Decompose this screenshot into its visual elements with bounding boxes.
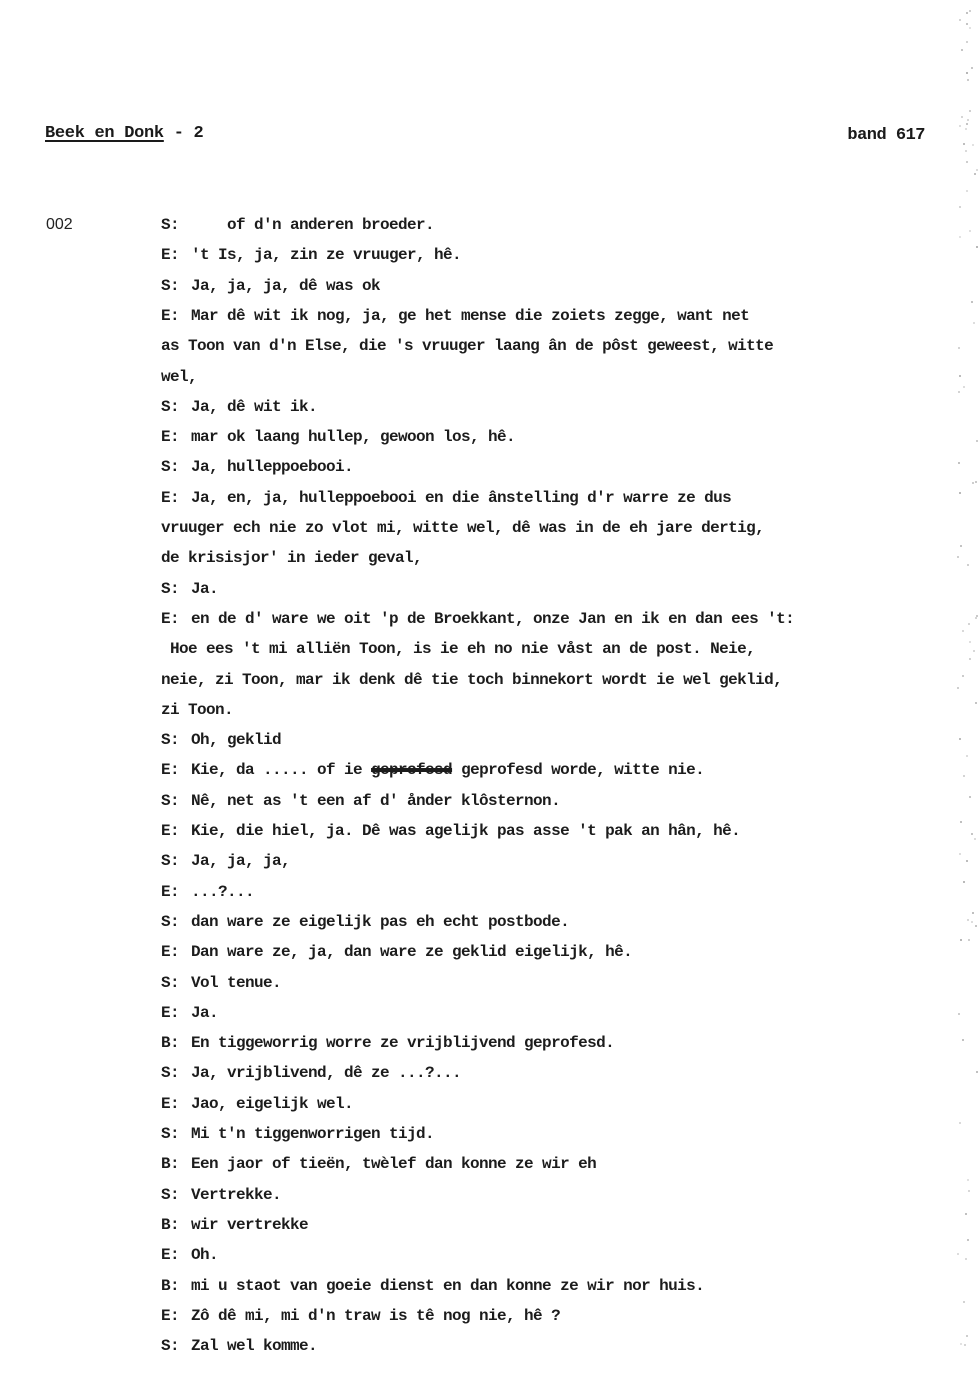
utterance-text: vruuger ech nie zo vlot mi, witte wel, d… xyxy=(161,519,764,537)
transcript-line: E:Kie, die hiel, ja. Dê was agelijk pas … xyxy=(161,821,740,841)
utterance-text: Ja, en, ja, hulleppoebooi en die ânstell… xyxy=(191,489,731,507)
transcript-line: S:Ja, vrijblivend, dê ze ...?... xyxy=(161,1063,461,1083)
utterance-text: en de d' ware we oit 'p de Broekkant, on… xyxy=(191,610,794,628)
transcript-line: B:En tiggeworrig worre ze vrijblijvend g… xyxy=(161,1033,614,1053)
transcript-continuation-line: Hoe ees 't mi alliën Toon, is ie eh no n… xyxy=(161,639,755,659)
utterance-text: ...?... xyxy=(191,883,254,901)
utterance-text: Dan ware ze, ja, dan ware ze geklid eige… xyxy=(191,943,632,961)
transcript-line: E:Mar dê wit ik nog, ja, ge het mense di… xyxy=(161,306,749,326)
utterance-text: wel, xyxy=(161,368,197,386)
transcript-continuation-line: de krisisjor' in ieder geval, xyxy=(161,548,422,568)
tape-counter: 002 xyxy=(46,216,73,234)
utterance-text: Nê, net as 't een af d' ånder klôsternon… xyxy=(191,792,560,810)
transcript-line: S:Mi t'n tiggenworrigen tijd. xyxy=(161,1124,434,1144)
transcript-line: B:wir vertrekke xyxy=(161,1215,308,1235)
transcript-line: E:Dan ware ze, ja, dan ware ze geklid ei… xyxy=(161,942,632,962)
utterance-text: mi u staot van goeie dienst en dan konne… xyxy=(191,1277,704,1295)
transcript-line: S:Ja, ja, ja, xyxy=(161,851,290,871)
transcript-line: E:Ja. xyxy=(161,1003,218,1023)
utterance-text: Zal wel komme. xyxy=(191,1337,317,1355)
transcript-continuation-line: neie, zi Toon, mar ik denk dê tie toch b… xyxy=(161,670,782,690)
utterance-text: neie, zi Toon, mar ik denk dê tie toch b… xyxy=(161,671,782,689)
utterance-text: Jao, eigelijk wel. xyxy=(191,1095,353,1113)
speaker-label: E: xyxy=(161,1094,191,1114)
speaker-label: S: xyxy=(161,1336,191,1356)
speaker-label: B: xyxy=(161,1033,191,1053)
utterance-text: Kie, da ..... of ie xyxy=(191,761,371,779)
utterance-text: Ja. xyxy=(191,580,218,598)
speaker-label: S: xyxy=(161,973,191,993)
speaker-label: S: xyxy=(161,215,191,235)
utterance-text: Vol tenue. xyxy=(191,974,281,992)
transcript-line: E:Kie, da ..... of ie geprofesd geprofes… xyxy=(161,760,704,780)
speaker-label: E: xyxy=(161,942,191,962)
transcript-line: E:Ja, en, ja, hulleppoebooi en die ânste… xyxy=(161,488,731,508)
place-name: Beek en Donk xyxy=(45,124,164,143)
speaker-label: E: xyxy=(161,760,191,780)
document-header-title: Beek en Donk - 2 xyxy=(45,124,203,143)
transcript-continuation-line: vruuger ech nie zo vlot mi, witte wel, d… xyxy=(161,518,764,538)
transcript-line: E:Jao, eigelijk wel. xyxy=(161,1094,353,1114)
transcript-line: E:Oh. xyxy=(161,1245,218,1265)
utterance-text: de krisisjor' in ieder geval, xyxy=(161,549,422,567)
tape-number: band 617 xyxy=(847,126,925,145)
transcript-line: S:Nê, net as 't een af d' ånder klôstern… xyxy=(161,791,560,811)
utterance-text: Mi t'n tiggenworrigen tijd. xyxy=(191,1125,434,1143)
typewritten-transcript-page: Beek en Donk - 2 band 617 002 S: of d'n … xyxy=(0,0,979,1398)
header-separator: - xyxy=(164,124,194,143)
speaker-label: B: xyxy=(161,1154,191,1174)
speaker-label: S: xyxy=(161,457,191,477)
transcript-line: S:Vol tenue. xyxy=(161,973,281,993)
utterance-text: 't Is, ja, zin ze vruuger, hê. xyxy=(191,246,461,264)
utterance-text: Een jaor of tieën, twèlef dan konne ze w… xyxy=(191,1155,596,1173)
speaker-label: S: xyxy=(161,1124,191,1144)
transcript-line: S:Ja. xyxy=(161,579,218,599)
utterance-text: of d'n anderen broeder. xyxy=(191,216,434,234)
transcript-continuation-line: zi Toon. xyxy=(161,700,233,720)
transcript-line: S:Ja, hulleppoebooi. xyxy=(161,457,353,477)
speaker-label: S: xyxy=(161,1063,191,1083)
speaker-label: E: xyxy=(161,609,191,629)
speaker-label: E: xyxy=(161,821,191,841)
speaker-label: S: xyxy=(161,276,191,296)
speaker-label: E: xyxy=(161,427,191,447)
transcript-line: B:mi u staot van goeie dienst en dan kon… xyxy=(161,1276,704,1296)
utterance-text: Vertrekke. xyxy=(191,1186,281,1204)
speaker-label: B: xyxy=(161,1276,191,1296)
utterance-text: Oh, geklid xyxy=(191,731,281,749)
transcript-continuation-line: wel, xyxy=(161,367,197,387)
utterance-text-continued: geprofesd worde, witte nie. xyxy=(452,761,704,779)
speaker-label: S: xyxy=(161,1185,191,1205)
utterance-text: Ja, vrijblivend, dê ze ...?... xyxy=(191,1064,461,1082)
speaker-label: E: xyxy=(161,882,191,902)
transcript-line: E:...?... xyxy=(161,882,254,902)
utterance-text: Mar dê wit ik nog, ja, ge het mense die … xyxy=(191,307,749,325)
transcript-line: S:Ja, dê wit ik. xyxy=(161,397,317,417)
struck-out-word: geprofesd xyxy=(371,761,452,779)
transcript-line: S:Ja, ja, ja, dê was ok xyxy=(161,276,380,296)
utterance-text: Zô dê mi, mi d'n traw is tê nog nie, hê … xyxy=(191,1307,560,1325)
speaker-label: E: xyxy=(161,1245,191,1265)
utterance-text: Ja, ja, ja, dê was ok xyxy=(191,277,380,295)
transcript-line: S:Vertrekke. xyxy=(161,1185,281,1205)
speaker-label: S: xyxy=(161,791,191,811)
speaker-label: E: xyxy=(161,306,191,326)
utterance-text: wir vertrekke xyxy=(191,1216,308,1234)
speaker-label: S: xyxy=(161,912,191,932)
transcript-line: S:dan ware ze eigelijk pas eh echt postb… xyxy=(161,912,569,932)
speaker-label: S: xyxy=(161,579,191,599)
transcript-line: S: of d'n anderen broeder. xyxy=(161,215,434,235)
utterance-text: dan ware ze eigelijk pas eh echt postbod… xyxy=(191,913,569,931)
utterance-text: zi Toon. xyxy=(161,701,233,719)
transcript-line: E:mar ok laang hullep, gewoon los, hê. xyxy=(161,427,515,447)
speaker-label: S: xyxy=(161,730,191,750)
utterance-text: Ja. xyxy=(191,1004,218,1022)
transcript-line: E:en de d' ware we oit 'p de Broekkant, … xyxy=(161,609,794,629)
utterance-text: Ja, ja, ja, xyxy=(191,852,290,870)
transcript-line: E:'t Is, ja, zin ze vruuger, hê. xyxy=(161,245,461,265)
utterance-text: as Toon van d'n Else, die 's vruuger laa… xyxy=(161,337,773,355)
utterance-text: Kie, die hiel, ja. Dê was agelijk pas as… xyxy=(191,822,740,840)
utterance-text: Hoe ees 't mi alliën Toon, is ie eh no n… xyxy=(161,640,755,658)
utterance-text: mar ok laang hullep, gewoon los, hê. xyxy=(191,428,515,446)
utterance-text: Oh. xyxy=(191,1246,218,1264)
speaker-label: E: xyxy=(161,488,191,508)
transcript-line: E:Zô dê mi, mi d'n traw is tê nog nie, h… xyxy=(161,1306,560,1326)
page-number: 2 xyxy=(194,124,204,143)
utterance-text: En tiggeworrig worre ze vrijblijvend gep… xyxy=(191,1034,614,1052)
speaker-label: E: xyxy=(161,245,191,265)
speaker-label: S: xyxy=(161,397,191,417)
speaker-label: E: xyxy=(161,1306,191,1326)
speaker-label: S: xyxy=(161,851,191,871)
transcript-line: S:Zal wel komme. xyxy=(161,1336,317,1356)
speaker-label: B: xyxy=(161,1215,191,1235)
transcript-line: B:Een jaor of tieën, twèlef dan konne ze… xyxy=(161,1154,596,1174)
transcript-line: S:Oh, geklid xyxy=(161,730,281,750)
speaker-label: E: xyxy=(161,1003,191,1023)
utterance-text: Ja, dê wit ik. xyxy=(191,398,317,416)
transcript-continuation-line: as Toon van d'n Else, die 's vruuger laa… xyxy=(161,336,773,356)
utterance-text: Ja, hulleppoebooi. xyxy=(191,458,353,476)
